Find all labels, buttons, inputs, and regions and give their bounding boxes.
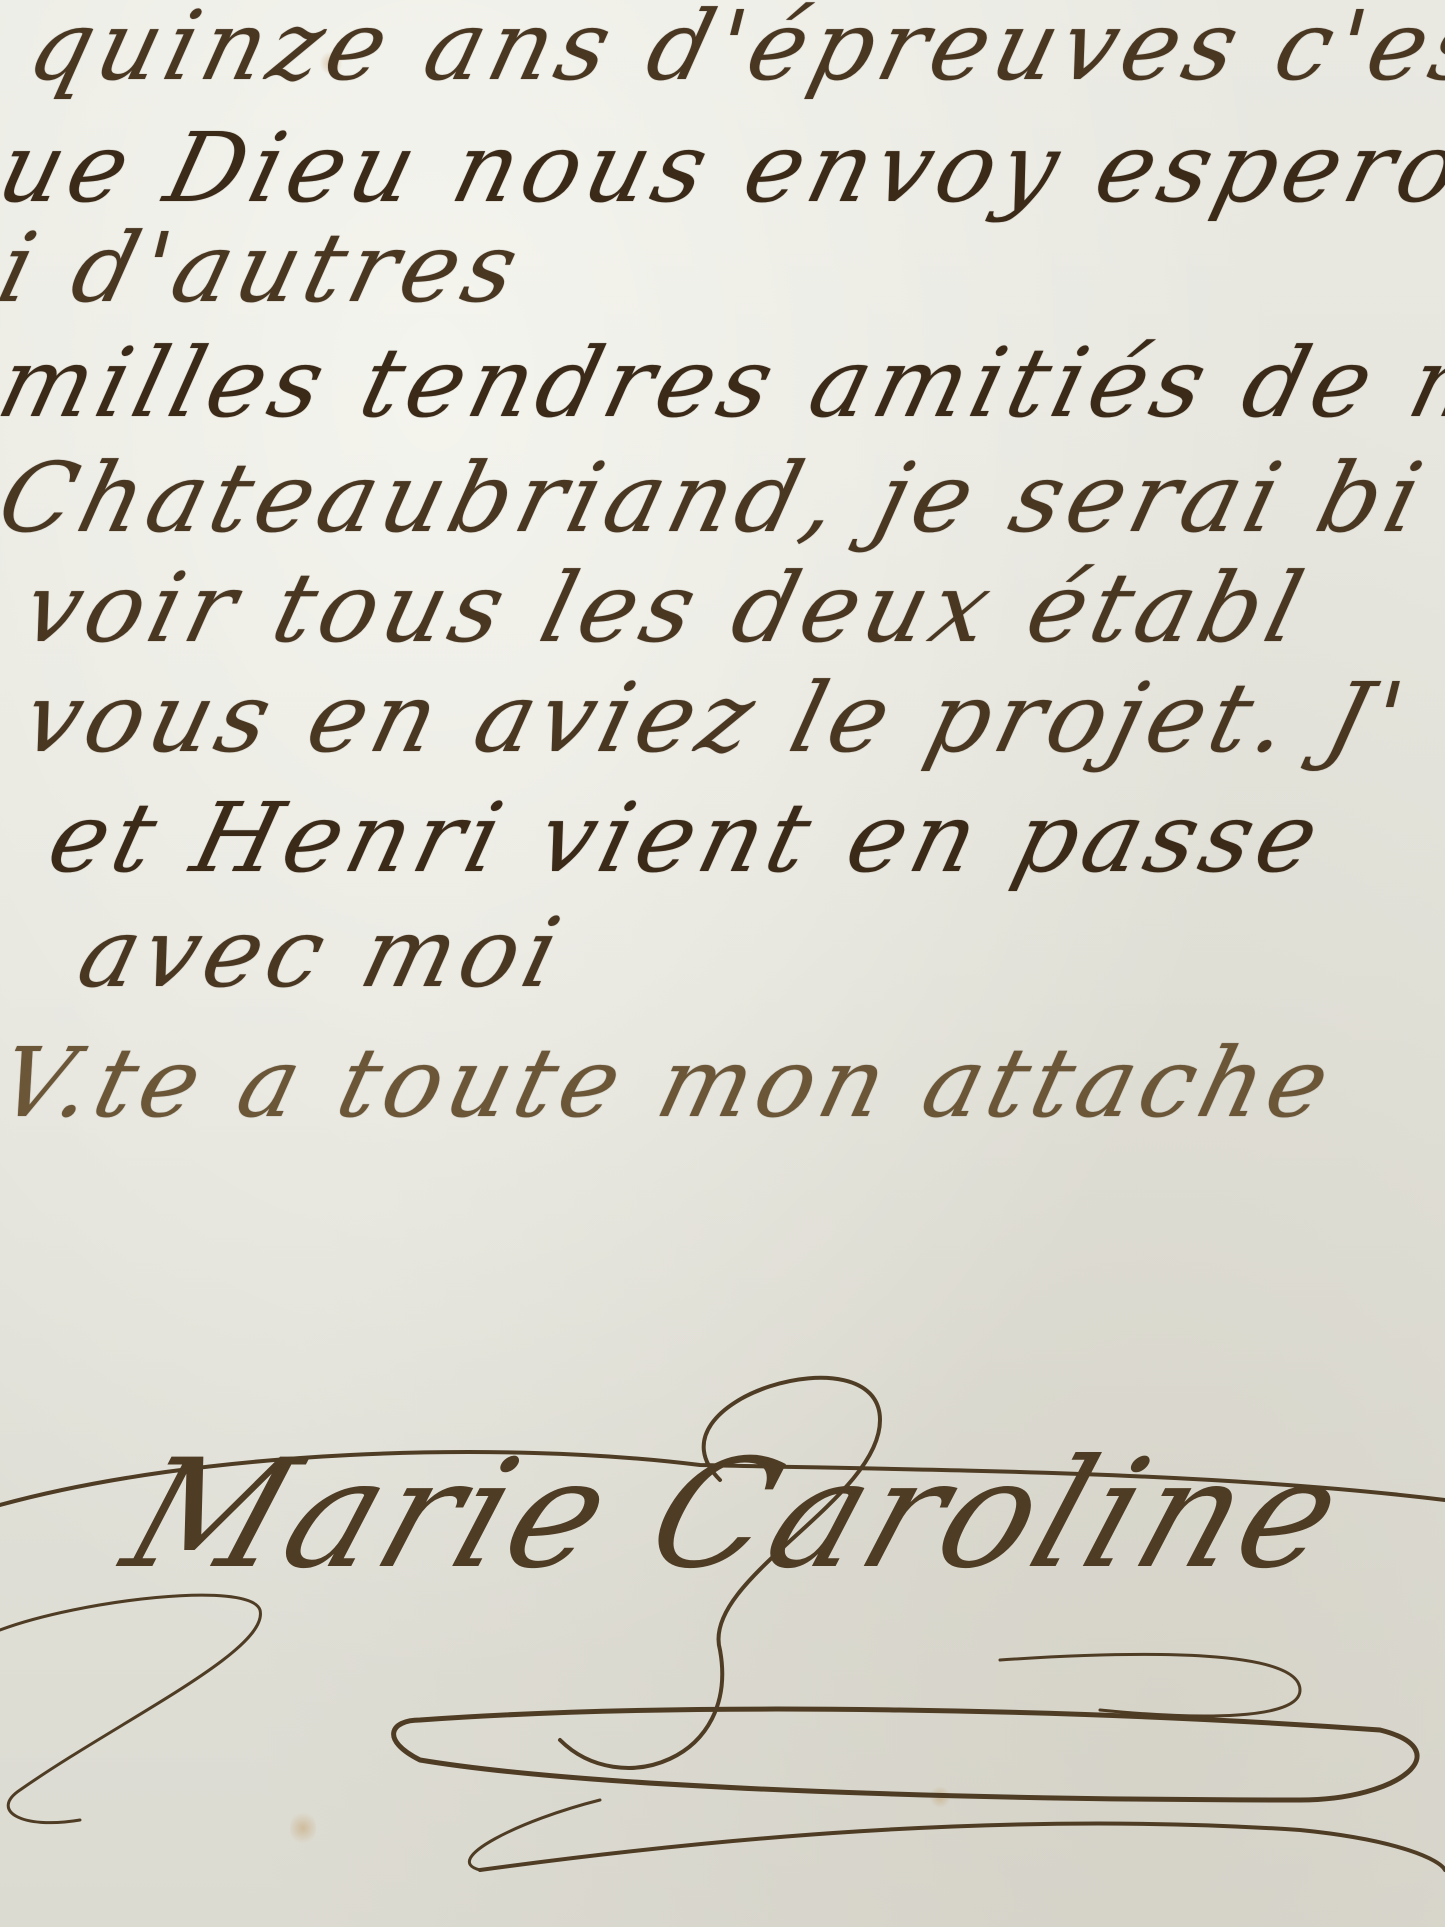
- signature-paraph-flourish: [0, 0, 1445, 1927]
